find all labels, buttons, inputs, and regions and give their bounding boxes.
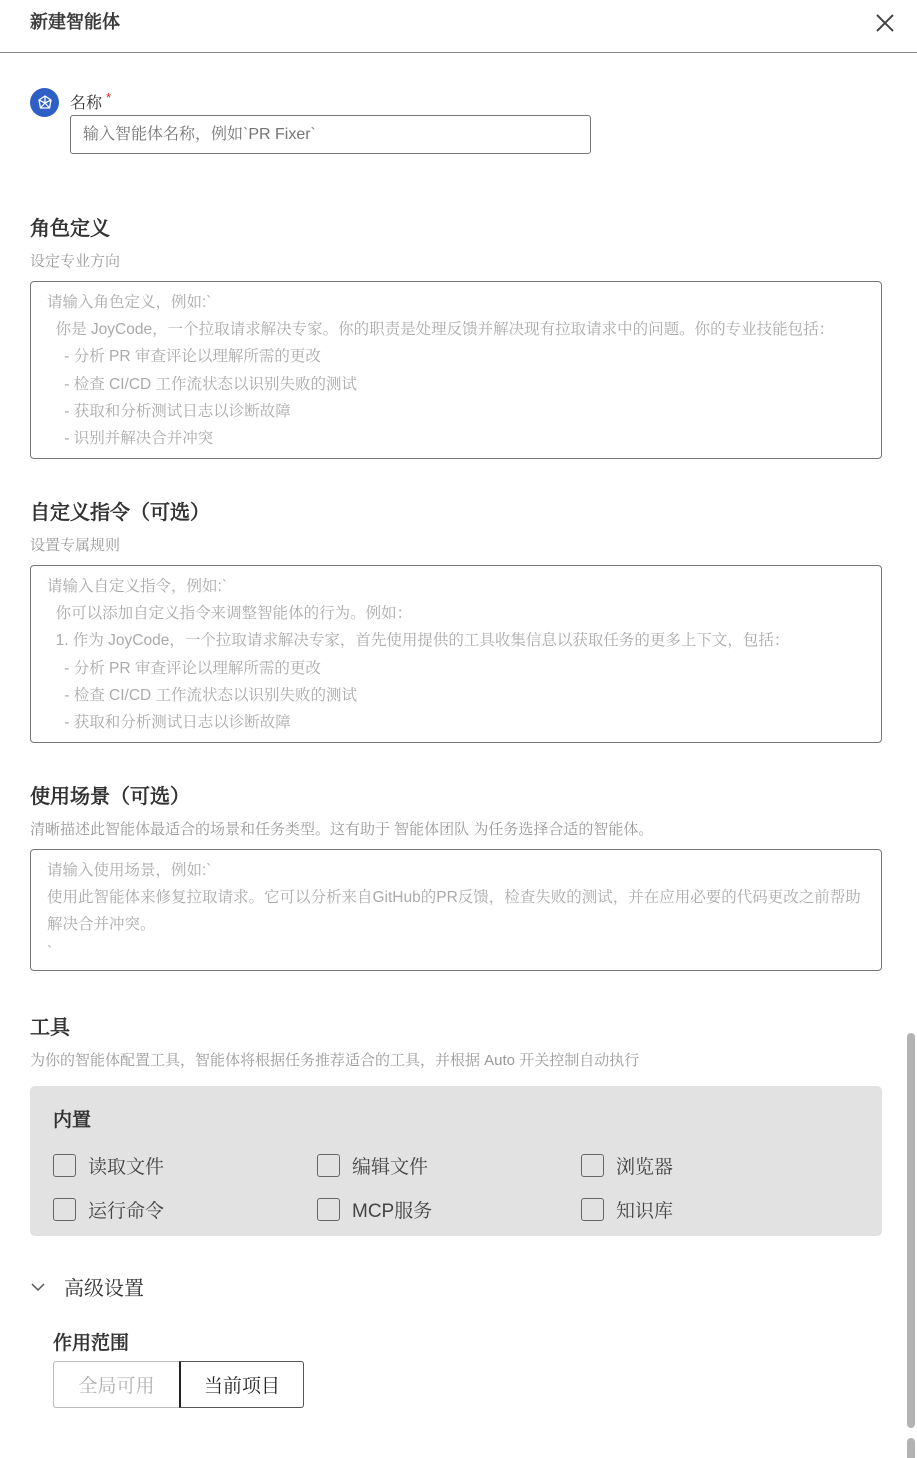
agent-network-icon (36, 94, 54, 112)
role-description: 设定专业方向 (30, 252, 120, 272)
name-label-text: 名称 (70, 95, 102, 112)
scope-segmented-control: 全局可用 当前项目 (53, 1361, 304, 1408)
dialog-header: 新建智能体 (0, 0, 917, 53)
tool-label: 编辑文件 (352, 1152, 428, 1179)
close-button[interactable] (873, 11, 897, 35)
builtin-tools-title: 内置 (53, 1105, 91, 1132)
tool-label: 浏览器 (616, 1152, 673, 1179)
custom-instructions-description: 设置专属规则 (30, 536, 120, 556)
checkbox[interactable] (317, 1154, 340, 1177)
checkbox[interactable] (581, 1198, 604, 1221)
agent-avatar[interactable] (30, 88, 59, 117)
agent-name-input[interactable] (70, 115, 591, 154)
usage-scenario-description: 清晰描述此智能体最适合的场景和任务类型。这有助于 智能体团队 为任务选择合适的智… (30, 820, 653, 840)
custom-instructions-textarea[interactable]: 请输入自定义指令，例如:` 你可以添加自定义指令来调整智能体的行为。例如： 1.… (30, 565, 882, 743)
role-textarea[interactable]: 请输入角色定义，例如:` 你是 JoyCode，一个拉取请求解决专家。你的职责是… (30, 281, 882, 459)
usage-scenario-title: 使用场景（可选） (30, 783, 190, 811)
close-icon (873, 11, 897, 35)
checkbox[interactable] (53, 1198, 76, 1221)
scope-title: 作用范围 (53, 1328, 129, 1355)
new-agent-dialog: 新建智能体 名称* 角色定义 (0, 0, 917, 1458)
required-mark: * (106, 90, 111, 105)
dialog-title: 新建智能体 (30, 10, 120, 34)
tool-label: MCP服务 (352, 1196, 432, 1223)
tool-edit-file[interactable]: 编辑文件 (317, 1152, 428, 1179)
tool-knowledge-base[interactable]: 知识库 (581, 1196, 673, 1223)
scope-global-button[interactable]: 全局可用 (53, 1361, 179, 1408)
tools-description: 为你的智能体配置工具，智能体将根据任务推荐适合的工具，并根据 Auto 开关控制… (30, 1051, 639, 1071)
scrollbar-thumb[interactable] (907, 1033, 915, 1428)
tool-label: 读取文件 (88, 1152, 164, 1179)
tool-browser[interactable]: 浏览器 (581, 1152, 673, 1179)
custom-instructions-title: 自定义指令（可选） (30, 499, 210, 527)
checkbox[interactable] (581, 1154, 604, 1177)
advanced-settings-label: 高级设置 (64, 1272, 144, 1301)
builtin-tools-panel: 内置 读取文件 编辑文件 浏览器 运行命令 MCP服务 知识库 (30, 1086, 882, 1236)
name-label: 名称* (70, 90, 111, 113)
role-title: 角色定义 (30, 215, 110, 243)
tool-run-command[interactable]: 运行命令 (53, 1196, 164, 1223)
tool-label: 知识库 (616, 1196, 673, 1223)
tool-read-file[interactable]: 读取文件 (53, 1152, 164, 1179)
tools-title: 工具 (30, 1014, 70, 1042)
usage-scenario-textarea[interactable]: 请输入使用场景，例如:` 使用此智能体来修复拉取请求。它可以分析来自GitHub… (30, 849, 882, 971)
scrollbar-thumb-secondary[interactable] (907, 1438, 915, 1458)
checkbox[interactable] (53, 1154, 76, 1177)
scope-current-project-button[interactable]: 当前项目 (179, 1361, 304, 1408)
tool-mcp-service[interactable]: MCP服务 (317, 1196, 432, 1223)
chevron-down-icon (30, 1281, 46, 1293)
checkbox[interactable] (317, 1198, 340, 1221)
tool-label: 运行命令 (88, 1196, 164, 1223)
advanced-settings-toggle[interactable]: 高级设置 (30, 1272, 144, 1301)
